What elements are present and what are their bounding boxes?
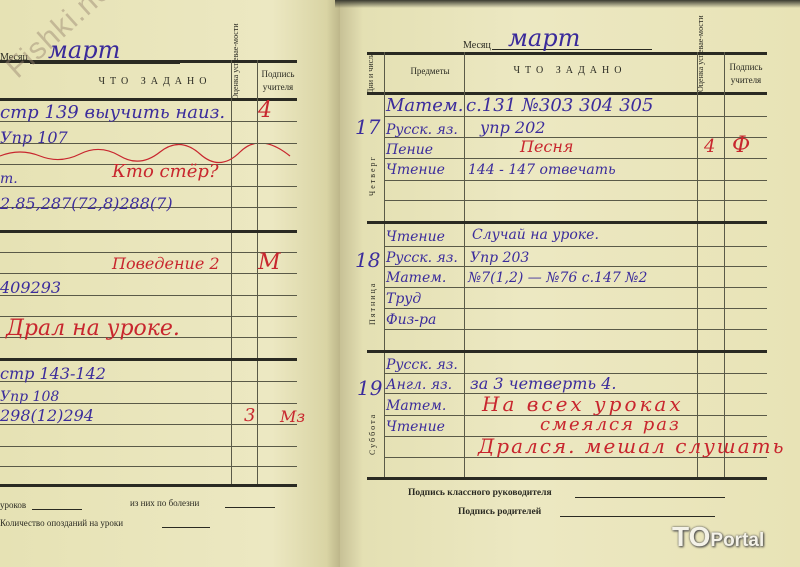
subject-name: Чтение [386, 230, 445, 244]
subject-name: Русск. яз. [386, 123, 458, 137]
diary-spread: Месяц март ЧТО ЗАДАНО Оценка успевае-мос… [0, 0, 800, 567]
assignment-text: за 3 четверть 4. [470, 376, 616, 392]
left-day-divider [0, 230, 297, 233]
teacher-remark: Кто стёр? [112, 163, 219, 181]
weekday-label: Суббота [368, 413, 377, 455]
footer-missed-lessons-line [32, 509, 82, 510]
right-row-line [384, 246, 767, 247]
toportal-watermark-big: TO [672, 521, 710, 552]
subject-name: Пение [386, 143, 433, 157]
subject-name: Матем. [386, 271, 446, 285]
assignment-text: 144 - 147 отвечать [468, 163, 616, 177]
right-header-day-date: Дни и числа [367, 58, 375, 94]
weekday-label: Четверг [368, 155, 377, 196]
assignment-text: Упр 203 [470, 251, 529, 265]
toportal-watermark-small: Portal [710, 530, 764, 551]
right-row-line [384, 266, 767, 267]
handwritten-entry: стр 143-142 [0, 366, 106, 382]
subject-name: Матем. [386, 399, 446, 413]
handwritten-entry: 409293 [0, 280, 61, 296]
toportal-watermark: TOPortal [672, 521, 764, 553]
right-day-divider [367, 221, 767, 224]
right-month-value: март [508, 24, 580, 52]
left-table-bottom-border [0, 484, 297, 487]
right-row-line [384, 287, 767, 288]
handwritten-entry: 2.85,287(72,8)288(7) [0, 196, 173, 212]
teacher-remark: Дрался. мешал слушать [478, 436, 786, 456]
right-header-subjects: Предметы [390, 66, 470, 76]
teacher-remark: Поведение 2 [112, 256, 220, 272]
left-day-divider [0, 358, 297, 361]
left-grade-column-border [231, 60, 232, 484]
left-header-grade: Оценка успевае-мости [232, 60, 240, 100]
footer-missed-lessons-label: уроков [0, 500, 26, 510]
footer-illness-label: из них по болезни [130, 498, 199, 508]
right-row-line [384, 180, 767, 181]
page-top-shadow [335, 0, 800, 8]
footer-late-line [162, 527, 210, 528]
teacher-signature: Ф [732, 135, 750, 157]
left-row-line [0, 252, 297, 253]
class-teacher-signature-line [575, 497, 725, 498]
handwritten-entry: т. [0, 172, 18, 186]
teacher-signature: Мз [280, 409, 305, 425]
right-header-signature: Подпись учителя [724, 61, 768, 87]
right-month-label: Месяц [463, 40, 491, 51]
subject-name: Англ. яз. [386, 378, 452, 392]
date-number: 19 [357, 378, 382, 398]
assignment-text: Песня [520, 139, 574, 155]
left-header-signature: Подпись учителя [258, 68, 298, 94]
parents-signature-line [560, 516, 715, 517]
teacher-remark: смеялся раз [540, 416, 681, 434]
subject-name: Русск. яз. [386, 358, 458, 372]
left-row-line [0, 186, 297, 187]
left-row-line [0, 446, 297, 447]
right-header-assignment: ЧТО ЗАДАНО [490, 65, 650, 76]
right-row-line [384, 200, 767, 201]
right-row-line [384, 116, 767, 117]
assignment-text: с.131 №303 304 305 [466, 97, 653, 115]
right-table-bottom-border [367, 477, 767, 480]
assignment-text: №7(1,2) — №76 с.147 №2 [468, 271, 647, 285]
teacher-signature: 4 [258, 100, 272, 122]
handwritten-entry: 298(12)294 [0, 408, 94, 424]
footer-illness-line [225, 507, 275, 508]
handwritten-entry: стр 139 выучить наиз. [0, 104, 225, 122]
assignment-text: упр 202 [480, 120, 545, 136]
subject-name: Труд [386, 292, 421, 306]
left-header-assignment: ЧТО ЗАДАНО [95, 76, 215, 87]
right-row-line [384, 329, 767, 330]
right-table-top-border [367, 52, 767, 55]
footer-late-label: Количество опозданий на уроки [0, 518, 123, 528]
right-day-divider [367, 350, 767, 353]
left-row-line [0, 466, 297, 467]
right-row-line [384, 158, 767, 159]
subject-name: Чтение [386, 420, 445, 434]
teacher-remark: На всех уроках [482, 394, 684, 414]
date-number: 18 [355, 250, 380, 270]
right-row-line [384, 308, 767, 309]
grade-value: 4 [704, 138, 715, 156]
parents-signature-label: Подпись родителей [458, 507, 541, 517]
date-number: 17 [355, 117, 380, 137]
class-teacher-signature-label: Подпись классного руководителя [408, 488, 552, 498]
left-row-line [0, 273, 297, 274]
subject-name: Чтение [386, 163, 445, 177]
assignment-text: Случай на уроке. [472, 228, 599, 242]
weekday-label: Пятница [368, 282, 377, 325]
teacher-signature: М [258, 252, 281, 274]
teacher-remark: Драл на уроке. [6, 318, 180, 340]
handwritten-entry: Упр 108 [0, 390, 59, 404]
subject-name: Физ-ра [386, 313, 436, 327]
subject-name: Русск. яз. [386, 251, 458, 265]
left-header-bottom-border [0, 98, 297, 101]
grade-value: 3 [244, 407, 255, 425]
subject-name: Матем. [386, 97, 464, 115]
right-header-grade: Оценка успевае-мости [697, 52, 705, 92]
